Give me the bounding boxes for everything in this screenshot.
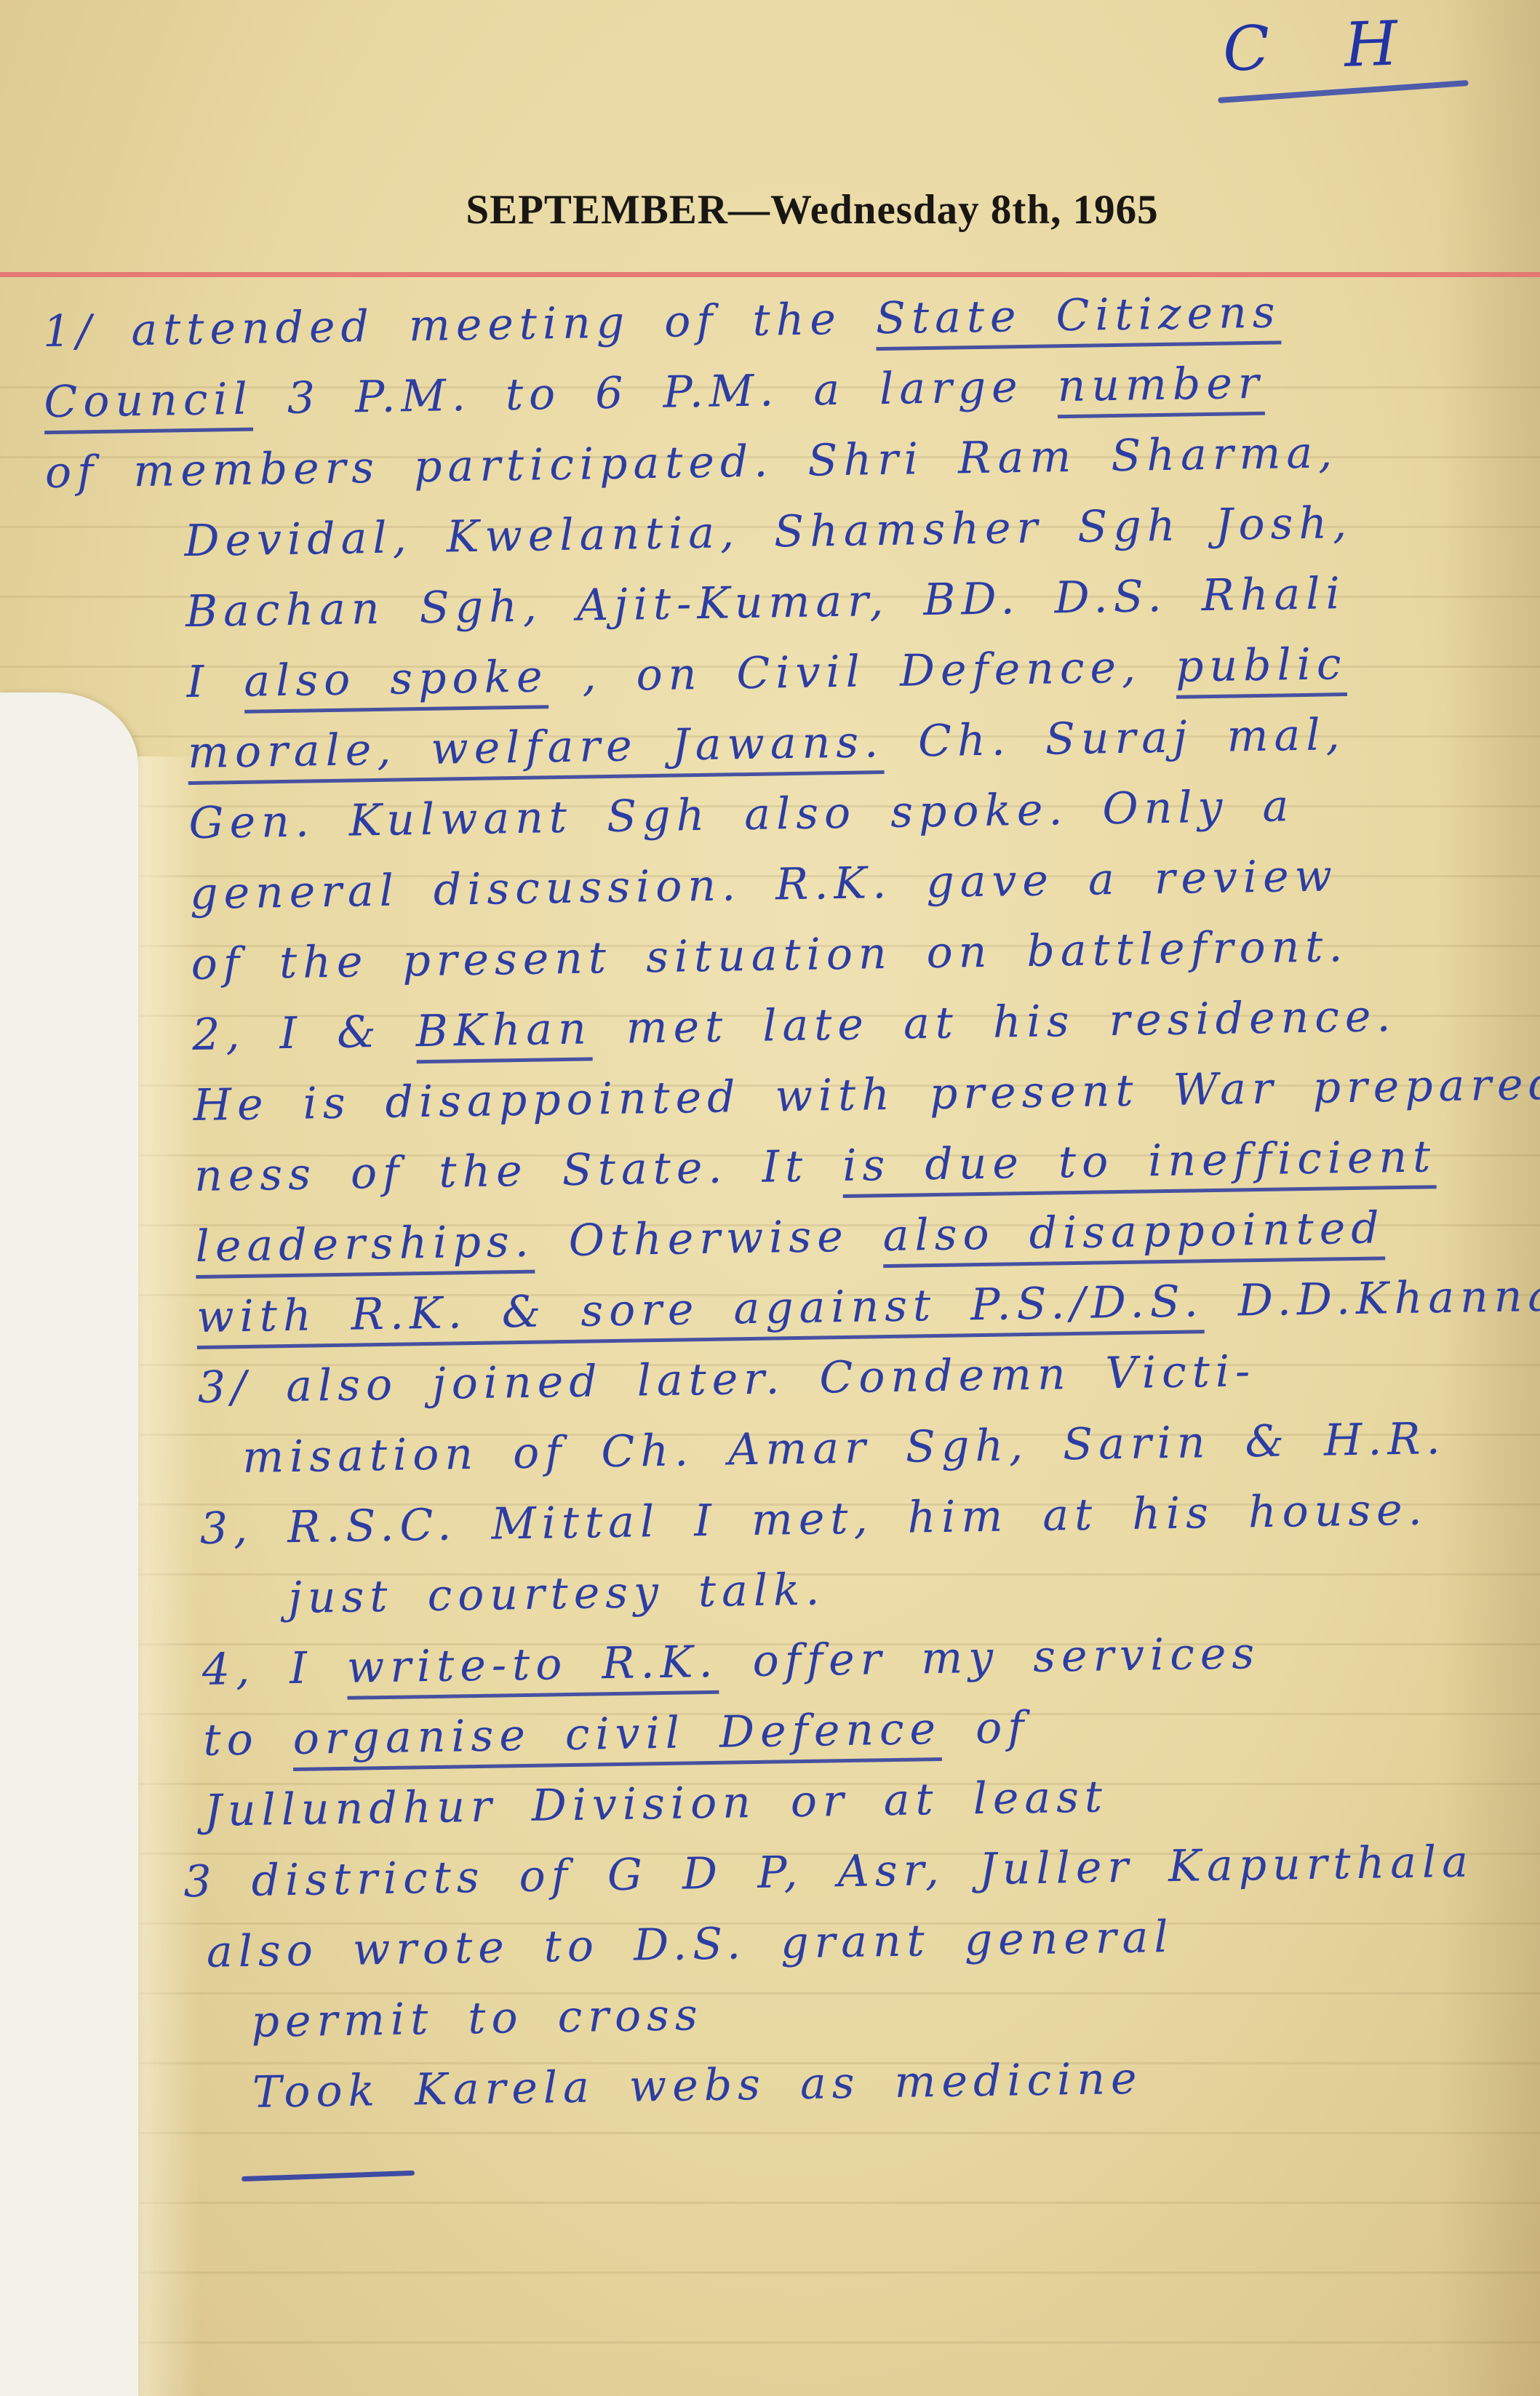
handwritten-text: also wrote to D.S. grant general [206,1912,1174,1978]
handwritten-text: of members participated. Shri Ram Sharma… [44,427,1338,498]
handwritten-text: I [186,656,244,708]
handwritten-text: , on Civil Defence, [548,642,1176,703]
handwritten-text: general discussion. R.K. gave a review [190,850,1338,919]
handwritten-text: permit to cross [251,1989,703,2048]
handwritten-text: 4, I [202,1642,347,1696]
handwritten-text: Ch. Suraj mal, [883,709,1346,767]
handwritten-text: Gen. Kulwant Sgh also spoke. Only a [188,780,1295,849]
handwritten-text: 3, R.S.C. Mittal I met, him at his house… [199,1484,1428,1554]
page-corner-label: C H [1221,7,1426,85]
handwritten-text: D.D.Khanna [1203,1271,1540,1327]
handwritten-text: Jullundhur Division or at least [204,1771,1108,1837]
underlined-text: write-to R.K. [346,1637,719,1700]
handwritten-text: of the present situation on battlefront. [191,921,1349,990]
underlined-text: is due to inefficient [842,1131,1437,1198]
handwritten-text: 3 P.M. to 6 P.M. a large [252,361,1058,424]
handwritten-text: Took Karela webs as medicine [252,2053,1143,2118]
diary-page: C H SEPTEMBER—Wednesday 8th, 1965 1/ att… [0,0,1540,2396]
underlined-text: BKhan [415,1003,592,1063]
underlined-text: also spoke [244,651,548,714]
handwritten-text: to [203,1714,293,1766]
underlined-text: number [1057,358,1265,418]
underlined-text: with R.K. & sore against P.S./D.S. [196,1276,1205,1349]
underlined-text: morale, welfare Jawans. [188,716,885,785]
underlined-text: organise civil Defence [292,1704,942,1771]
diary-entry: 1/ attended meeting of the State Citizen… [42,274,1528,2131]
handwritten-text: 2, I & [192,1006,417,1061]
handwritten-text: 3/ also joined later. Condemn Victi- [197,1346,1256,1413]
handwritten-text: of [941,1702,1029,1754]
handwritten-text: misation of Ch. Amar Sgh, Sarin & H.R. [242,1413,1446,1483]
date-header: SEPTEMBER—Wednesday 8th, 1965 [42,186,1540,233]
handwritten-text: met late at his residence. [591,991,1397,1054]
underlined-text: leaderships. [195,1216,535,1279]
handwritten-text: Bachan Sgh, Ajit-Kumar, BD. D.S. Rhali [185,568,1346,637]
handwritten-text: Devidal, Kwelantia, Shamsher Sgh Josh, [184,498,1353,567]
handwritten-text: ness of the State. It [194,1141,843,1202]
underlined-text: public [1175,639,1347,699]
underlined-text: Council [44,374,254,435]
underlined-text: also disappointed [882,1202,1385,1268]
handwritten-text: Otherwise [534,1210,883,1267]
handwritten-text: 1/ attended meeting of the [42,293,876,357]
handwritten-text: offer my services [718,1628,1261,1688]
handwritten-text: 3 districts of G D P, Asr, Juller Kapurt… [183,1837,1475,1908]
handwritten-text: just courtesy talk. [288,1564,826,1624]
closing-underline [242,2171,415,2181]
underlined-text: State Citizens [875,287,1281,351]
handwritten-text: He is disappointed with present War prep… [193,1058,1540,1131]
